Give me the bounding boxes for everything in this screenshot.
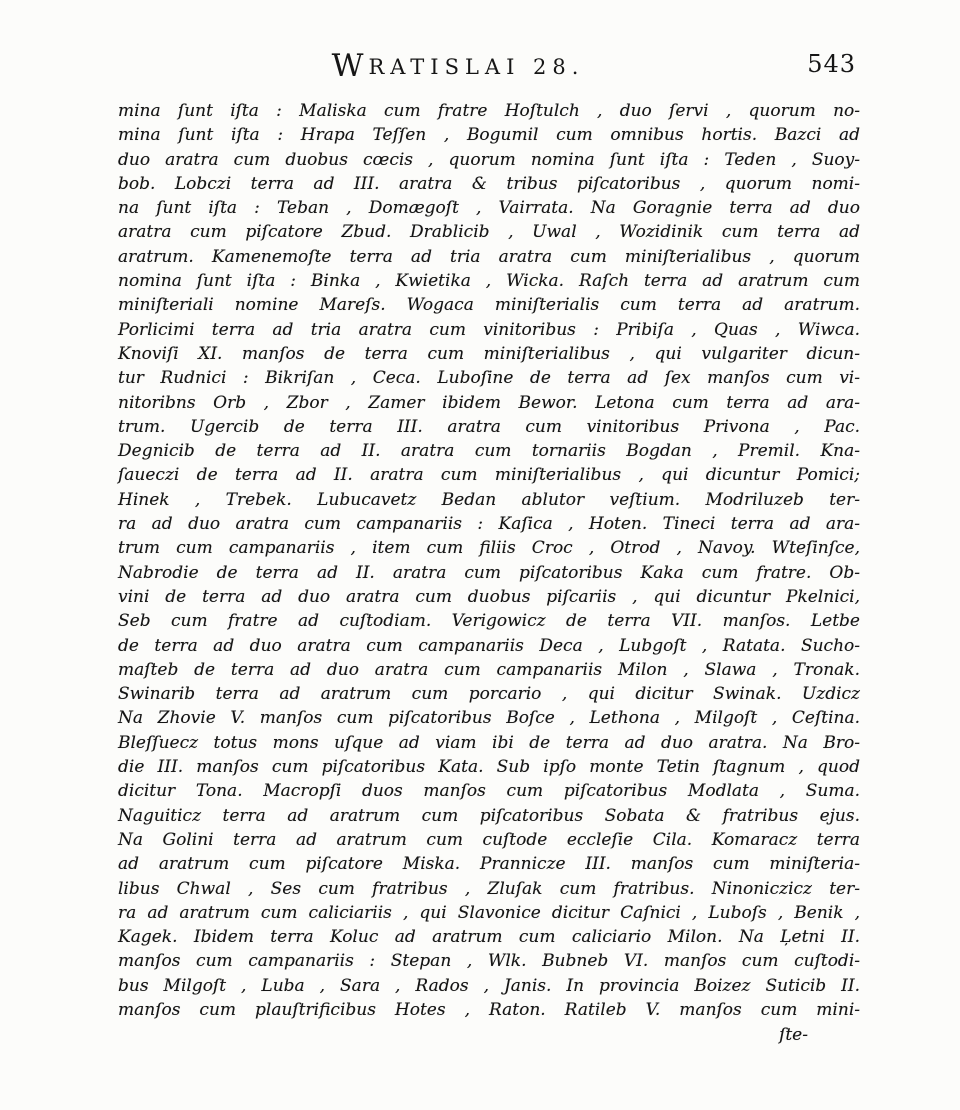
text-line: Knoviſi XI. manſos de terra cum miniſter… [118, 342, 860, 366]
text-line: Swinarib terra ad aratrum cum porcario ,… [118, 682, 860, 706]
book-page: WRATISLAI 28. 543 mina ſunt iſta : Malis… [0, 0, 960, 1110]
text-line: miniſteriali nomine Mareſs. Wogaca miniſ… [118, 293, 860, 317]
text-line: aratrum. Kamenemoſte terra ad tria aratr… [118, 245, 860, 269]
text-line: mina ſunt iſta : Maliska cum fratre Hoſt… [118, 99, 860, 123]
text-line: libus Chwal , Ses cum fratribus , Zluſak… [118, 877, 860, 901]
text-line: Bleſſuecz totus mons uſque ad viam ibi d… [118, 731, 860, 755]
catchword: ſte- [118, 1023, 860, 1047]
text-line: nitoribns Orb , Zbor , Zamer ibidem Bewo… [118, 391, 860, 415]
text-line: trum. Ugercib de terra III. aratra cum v… [118, 415, 860, 439]
text-line: trum cum campanariis , item cum filiis C… [118, 536, 860, 560]
text-line: ſaueczi de terra ad II. aratra cum miniſ… [118, 463, 860, 487]
text-line: Degnicib de terra ad II. aratra cum torn… [118, 439, 860, 463]
running-title-initial: W [332, 48, 369, 84]
text-line: manſos cum plauſtrificibus Hotes , Raton… [118, 998, 860, 1022]
text-line: ra ad aratrum cum caliciariis , qui Slav… [118, 901, 860, 925]
text-line: na ſunt iſta : Teban , Domægoſt , Vairra… [118, 196, 860, 220]
text-line: Na Zhovie V. manſos cum piſcatoribus Boſ… [118, 706, 860, 730]
text-line: die III. manſos cum piſcatoribus Kata. S… [118, 755, 860, 779]
text-line: Porlicimi terra ad tria aratra cum vinit… [118, 318, 860, 342]
text-line: Hinek , Trebek. Lubucavetz Bedan ablutor… [118, 488, 860, 512]
text-line: Kagek. Ibidem terra Koluc ad aratrum cum… [118, 925, 860, 949]
text-line: bob. Lobczi terra ad III. aratra & tribu… [118, 172, 860, 196]
text-line: manſos cum campanariis : Stepan , Wlk. B… [118, 949, 860, 973]
text-line: vini de terra ad duo aratra cum duobus p… [118, 585, 860, 609]
text-line: Seb cum fratre ad cuſtodiam. Verigowicz … [118, 609, 860, 633]
text-line: aratra cum piſcatore Zbud. Drablicib , U… [118, 220, 860, 244]
running-title: WRATISLAI 28. [248, 48, 668, 84]
text-line: duo aratra cum duobus cœcis , quorum nom… [118, 148, 860, 172]
text-line: mina ſunt iſta : Hrapa Teſſen , Bogumil … [118, 123, 860, 147]
text-line: ad aratrum cum piſcatore Miska. Prannicz… [118, 852, 860, 876]
text-line: Naguiticz terra ad aratrum cum piſcatori… [118, 804, 860, 828]
text-line: ra ad duo aratra cum campanariis : Kaſic… [118, 512, 860, 536]
catchword-row: ſte- [118, 1023, 860, 1047]
text-line: tur Rudnici : Bikriſan , Ceca. Luboſine … [118, 366, 860, 390]
text-line: de terra ad duo aratra cum campanariis D… [118, 634, 860, 658]
text-line: bus Milgoſt , Luba , Sara , Rados , Jani… [118, 974, 860, 998]
page-header: WRATISLAI 28. 543 [118, 48, 860, 88]
body-text: mina ſunt iſta : Maliska cum fratre Hoſt… [118, 99, 860, 1022]
text-line: Nabrodie de terra ad II. aratra cum piſc… [118, 561, 860, 585]
running-title-rest: RATISLAI 28. [368, 55, 584, 79]
text-line: nomina ſunt iſta : Binka , Kwietika , Wi… [118, 269, 860, 293]
text-line: Na Golini terra ad aratrum cum cuſtode e… [118, 828, 860, 852]
text-line: maſteb de terra ad duo aratra cum campan… [118, 658, 860, 682]
page-number: 543 [807, 50, 856, 78]
text-line: dicitur Tona. Macropſi duos manſos cum p… [118, 779, 860, 803]
